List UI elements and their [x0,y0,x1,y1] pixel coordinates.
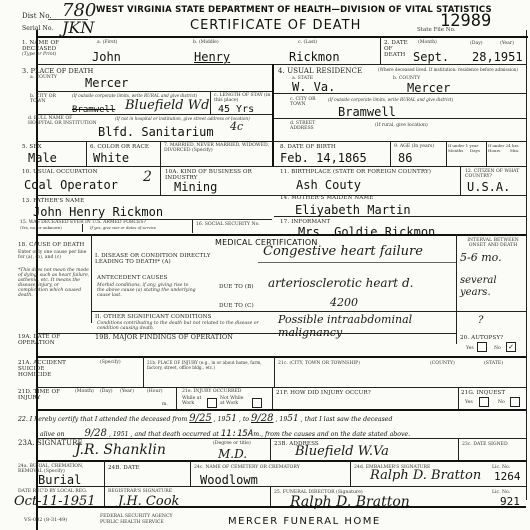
injury-at-work-label: 21e. INJURY OCCURRED [182,389,241,394]
antecedent-note: Morbid conditions, if any, giving rise t… [97,283,197,298]
certification-line-1: 22. I hereby certify that I attended the… [18,413,528,424]
serial-no-label: Serial No. [22,26,54,32]
hospital-note: (If not in hospital or institution, give… [115,116,275,121]
inquest-label: 21g. INQUEST [461,390,505,396]
age-label: 9. AGE (In years) [394,144,434,149]
length-of-stay-label: c. LENGTH OF STAY (in this place) [214,93,272,103]
attended-to-year: 51 [287,414,298,424]
embalmer-lic-value: 1264 [494,471,521,483]
inquest-no-label: No [498,400,505,405]
cert-text-8: m., from the causes and on the date stat… [253,431,410,438]
divider [36,36,528,38]
autopsy-no-checkbox[interactable]: ✓ [506,342,516,352]
due-to-b-value: arteriosclerotic heart d. [268,276,413,290]
not-at-work-label: Not While at Work [220,396,246,406]
divider [390,141,391,166]
form-number: VS-002 (8-31-49) [24,518,67,523]
death-city-label: b. CITY OR TOWN [30,94,65,104]
autopsy-yes-label: Yes [466,346,474,351]
occupation-label: 10. USUAL OCCUPATION [22,169,98,175]
divider [274,357,275,387]
social-security-label: 16. SOCIAL SECURITY No. [196,222,268,227]
death-month-label: (Month) [418,40,437,45]
cert-text-3: , to [239,416,249,423]
father-label: 13. FATHER'S NAME [22,198,84,204]
certificate-title: CERTIFICATE OF DEATH [190,18,361,33]
injury-day-label: (Day) [100,389,113,394]
residence-city-label: c. CITY OR TOWN [290,97,320,107]
birth-date-value: Feb. 14,1865 [280,152,367,164]
divider [91,234,92,323]
date-signed-label: 23c. DATE SIGNED [462,442,508,447]
cert-text-1: 22. I hereby certify that I attended the… [18,416,187,423]
mother-value: Eliyabeth Martin [295,204,411,216]
while-at-work-label: While at Work [182,396,206,406]
autopsy-yes-checkbox[interactable] [477,342,487,352]
residence-city-value: Bramwell [338,106,396,118]
injury-time-label: 21d. TIME OF INJURY [18,389,68,401]
other-conditions-note: Conditions contributing to the death but… [97,321,267,331]
attended-from-year: 51 [225,414,236,424]
divider [270,438,271,460]
operation-findings-label: 19b. MAJOR FINDINGS OF OPERATION [95,334,233,340]
injury-county-label: (COUNTY) [430,361,455,366]
autopsy-label: 20. AUTOPSY? [460,335,503,341]
citizen-label: 12. CITIZEN OF WHAT COUNTRY? [465,169,525,179]
death-year-label: (Year) [500,41,514,46]
divider [192,219,193,233]
divider [380,37,381,64]
divider [143,357,144,387]
cert-text-7: , 1951 , and that death occurred at [109,431,219,438]
divider [86,141,87,166]
accident-specify-label: (Specify) [100,360,121,365]
business-value: Mining [174,181,217,193]
while-at-work-checkbox[interactable] [207,398,217,408]
race-value: White [93,152,129,164]
divider [272,64,274,166]
residence-state-value: W. Va. [292,81,335,93]
agency-name: FEDERAL SECURITY AGENCY [100,514,173,519]
divider [36,166,526,167]
date-of-death-label: 2. DATE OF DEATH [384,40,410,58]
injury-m-label: m. [162,402,168,407]
divider [36,114,272,115]
due-to-c-label: DUE TO (c) [219,303,254,309]
divider [270,486,271,506]
first-name-value: John [92,51,121,63]
divider [36,438,526,439]
direct-cause-value: Congestive heart failure [263,244,423,259]
divider [456,311,457,344]
right-border [526,30,527,500]
direct-cause-interval: 5-6 mo. [460,251,502,264]
divider [350,461,351,486]
death-county-label: a. COUNTY [30,75,57,80]
name-sublabel: (Type or Print) [22,52,56,57]
burial-date-label: 24b. DATE [108,465,140,471]
sex-label: 5. SEX [22,144,42,150]
sex-value: Male [28,152,57,164]
degree-value: M.D. [218,447,247,461]
divider [36,91,272,92]
death-certificate: 780 Dist No. Serial No. JKN WEST VIRGINI… [0,0,530,530]
street-address-note: (If rural, give location) [375,123,428,128]
mother-label: 14. MOTHER'S MAIDEN NAME [280,195,373,201]
cert-text-2: , 19 [214,416,226,423]
due-to-b-interval: several years. [460,275,524,299]
middle-name-label: b. (Middle) [193,40,219,45]
signature-label: 23a. SIGNATURE [18,440,83,446]
direct-cause-label: I. DISEASE OR CONDITION DIRECTLY LEADING… [95,253,215,265]
operation-date-label: 19a. DATE OF OPERATION [18,334,78,346]
divider [446,141,447,166]
race-label: 6. COLOR OR RACE [90,144,149,150]
hospital-value: Blfd. Sanitarium [98,126,214,138]
divider [82,224,83,232]
divider [274,93,526,94]
death-county-value: Mercer [85,77,128,89]
cemetery-label: 24c. NAME OF CEMETERY OR CREMATORY [194,465,300,470]
divider [210,91,211,114]
place-of-injury-label: 21b. PLACE OF INJURY (e.g., in or about … [147,360,271,370]
divider [36,234,526,236]
injury-month-label: (Month) [75,389,94,394]
divider [274,216,526,217]
street-address-label: d. STREET ADDRESS [290,121,330,131]
divider [36,460,526,462]
due-to-b-code: 4200 [330,296,358,309]
how-injury-label: 21f. HOW DID INJURY OCCUR? [276,390,371,396]
armed-forces-yesno: (Yes, no, or unknown) [20,225,62,230]
hospital-label: d. FULL NAME OF HOSPITAL OR INSTITUTION [28,116,98,126]
death-day-label: (Day) [470,41,483,46]
divider [458,387,459,409]
citizen-value: U.S.A. [467,181,510,193]
death-month-value: Sept. [413,51,449,63]
days-label: Days [470,148,480,153]
residence-label: 4. USUAL RESIDENCE [278,68,362,74]
cert-text-5: , that I last saw the deceased [301,416,393,423]
department-heading: WEST VIRGINIA STATE DEPARTMENT OF HEALTH… [96,5,492,15]
address-value: Bluefield W.Va [295,444,389,459]
min-label: Min. [510,148,519,153]
last-name-label: c. (Last) [298,40,317,45]
cause-instructions: Enter only one cause per line for (a), (… [18,250,90,260]
other-conditions-label: II. OTHER SIGNIFICANT CONDITIONS [95,314,212,320]
birthplace-label: 11. BIRTHPLACE (State or foreign country… [280,169,431,175]
injury-city-label: 21c. (CITY, TOWN OR TOWNSHIP) [278,361,360,366]
middle-name-value: Henry [194,51,230,63]
physician-signature: J.R. Shanklin [75,442,166,458]
cause-note: *This does not mean the mode of dying, s… [18,268,90,298]
divider [36,356,526,358]
hours-label: Hours [488,148,500,153]
cert-text-6: alive on [40,431,64,438]
divider [460,166,461,195]
divider [486,141,487,166]
divider [258,262,456,263]
other-conditions-value: Possible intraabdominal malignancy [278,313,448,339]
attended-from-date: 9/25 [189,413,211,424]
divider [272,387,273,409]
informant-value: Mrs. Goldie Rickmon [298,226,435,238]
burial-method-value: Burial [38,474,81,486]
embalmer-signature: Ralph D. Bratton [370,468,481,483]
divider [160,141,161,195]
service-name: PUBLIC HEALTH SERVICE [100,520,164,525]
injury-state-label: (STATE) [484,361,503,366]
divider [176,387,177,409]
residence-note: (Where deceased lived. If institution: r… [378,67,526,72]
birthplace-value: Ash Couty [296,179,361,191]
divider [36,64,526,65]
death-day-year-value: 28,1951 [472,51,523,63]
antecedent-label: ANTECEDENT CAUSES [97,275,168,281]
cause-of-death-label: 18. CAUSE OF DEATH [18,242,90,248]
cert-text-4: , 19 [275,416,287,423]
death-city-value: Bluefield Wd [125,98,209,113]
autopsy-no-label: No [494,346,501,351]
marital-label: 7. MARRIED, NEVER MARRIED, WIDOWED, DIVO… [164,143,272,153]
state-file-value: 12989 [440,15,491,27]
other-conditions-mark: ? [478,315,483,326]
divider [104,461,105,506]
interval-label: INTERVAL BETWEEN ONSET AND DEATH [460,238,526,248]
inquest-yes-label: Yes [465,400,473,405]
last-name-value: Rickmon [289,51,340,63]
injury-hour-label: (Hour) [147,389,163,394]
serial-no-value: JKN [62,18,94,37]
divider [458,438,459,460]
name-label: 1. NAME OF DECEASED [22,40,77,52]
degree-label: (Degree or title) [213,441,251,446]
divider [36,409,526,411]
residence-city-note: (If outside corporate limits, write RURA… [328,97,453,102]
funeral-home-name: MERCER FUNERAL HOME [228,516,381,527]
divider [190,461,191,486]
divider [274,118,526,119]
not-at-work-checkbox[interactable] [252,398,262,408]
birth-date-label: 8. DATE OF BIRTH [280,144,336,150]
inquest-yes-checkbox[interactable] [479,397,489,407]
first-name-label: a. (First) [97,40,117,45]
age-value: 86 [398,152,412,164]
occupation-value: Coal Operator [24,179,118,191]
occupation-mark: 2 [143,169,152,185]
father-value: John Henry Rickmon [33,206,163,218]
inquest-no-checkbox[interactable] [510,397,520,407]
hospital-extra-mark: 4c [230,120,243,133]
divider [456,234,457,311]
attended-to-date: 9/28 [251,413,273,424]
divider [91,311,526,312]
accident-label: 21a. ACCIDENT SUICIDE HOMICIDE [18,360,78,378]
divider [36,506,526,508]
armed-forces-dates: If yes, give war or dates of service [90,225,156,230]
months-label: Months [448,148,463,153]
divider [36,141,526,142]
injury-year-label: (Year) [120,389,134,394]
due-to-b-label: DUE TO (b) [219,284,254,290]
place-of-death-label: 3. PLACE OF DEATH [22,68,93,74]
cemetery-value: Woodlowm [200,474,258,486]
divider [36,486,526,487]
divider [36,387,526,388]
